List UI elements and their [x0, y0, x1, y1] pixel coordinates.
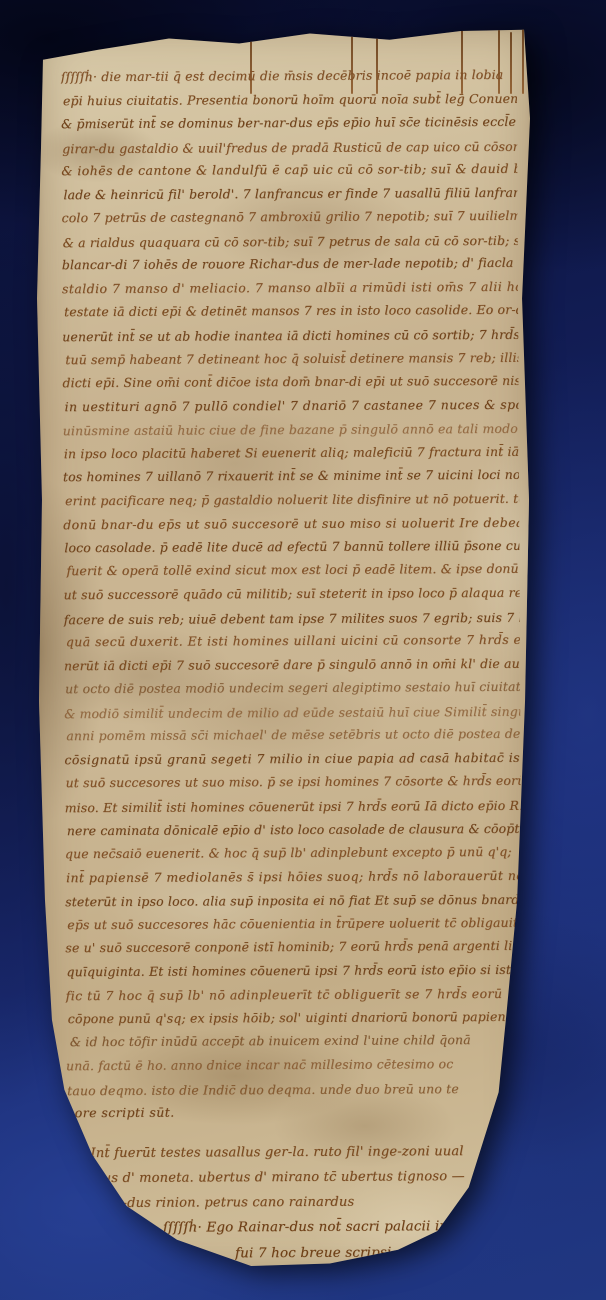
manuscript-line: quīquiginta. Et isti homines cōuenerū ip…	[66, 958, 521, 984]
manuscript-line: tuū semp̄ habeant 7 detineant hoc q̄ sol…	[65, 345, 518, 371]
manuscript-line: cōsignatū ipsū granū segeti 7 milio in c…	[64, 746, 520, 772]
manuscript-line: ſſſſſḣ· die mar-tii q̄ est decimū die m̄…	[61, 63, 517, 89]
manuscript-line: se u' suō succesorē conponē istī hominib…	[65, 934, 521, 960]
manuscript-line: ep̄i huius ciuitatis. Presentia bonorū h…	[63, 86, 517, 112]
parchment-wrapper: ſſſſſḣ· die mar-tii q̄ est decimū die m̄…	[36, 26, 534, 1276]
manuscript-line: steterūt in ipso loco. alia sup̄ inposit…	[65, 888, 521, 914]
manuscript-line: girar-du gastaldio & uuil'fredus de prad…	[62, 134, 517, 160]
notary-line: fui 7 hoc breue scripsi. w⁊	[235, 1239, 523, 1267]
manuscript-line: & p̄miserūt int̄ se dominus ber-nar-dus …	[61, 110, 517, 136]
manuscript-line: int̄ papiensē 7 mediolanēs s̄ ipsi hōies…	[66, 863, 521, 889]
parchment: ſſſſſḣ· die mar-tii q̄ est decimū die m̄…	[36, 26, 534, 1276]
witness-line: Int̄ fuerūt testes uasallus ger-la. ruto…	[90, 1138, 522, 1165]
manuscript-line: dicti ep̄i. Sine om̄i cont̄ dic̄oe ista …	[62, 369, 518, 395]
manuscript-line: lade & heinricū fil' berold'. 7 lanfranc…	[63, 181, 517, 207]
notary-line: ·/.	[303, 1265, 523, 1292]
manuscript-line: colo 7 petrūs de castegnanō 7 ambroxiū g…	[62, 204, 518, 230]
manuscript-line: fuerit & operā tollē exind sicut mox est…	[66, 557, 519, 583]
manuscript-line: miso. Et similit̄ isti homines cōuenerūt…	[65, 794, 521, 820]
manuscript-line: ut octo diē postea modiō undecim segeri …	[65, 675, 520, 701]
witness-list: Int̄ fuerūt testes uasallus ger-la. ruto…	[66, 1138, 522, 1215]
charter-text: ſſſſſḣ· die mar-tii q̄ est decimū die m̄…	[61, 63, 523, 1294]
manuscript-line: anni pomēm missā sc̄i michael' de mēse s…	[66, 722, 520, 748]
manuscript-line: staldio 7 manso d' meliacio. 7 manso alb…	[62, 275, 518, 301]
witness-line: Girar-dus rinion. petrus cano rainardus	[87, 1188, 523, 1215]
charter-body: ſſſſſḣ· die mar-tii q̄ est decimū die m̄…	[61, 63, 523, 1125]
manuscript-line: & a rialdus quaquara cū cō sor-tib; suī …	[63, 229, 518, 255]
manuscript-line: ut suō successorē quādo cū militib; suī …	[63, 581, 519, 607]
manuscript-line: tauo deqmo. isto die Indic̄ duo deqma. u…	[67, 1076, 522, 1102]
manuscript-line: que nec̄saiō euenerit. & hoc q̄ sup̄ lb'…	[65, 840, 521, 866]
manuscript-line: ut suō succesores ut suo miso. p̄ se ips…	[65, 769, 520, 795]
manuscript-line: testate iā dicti ep̄i & detinēt mansos 7…	[64, 298, 518, 324]
manuscript-line: fic tū 7 hoc q̄ sup̄ lb' nō adinpleuerīt…	[66, 982, 522, 1008]
manuscript-line: donū bnar-du ep̄s ut suō succesorē ut su…	[63, 511, 519, 537]
manuscript-line: erint pacificare neq; p̄ gastaldio nolue…	[65, 487, 519, 513]
notary-line: ſſſſſḣ· Ego Rainar-dus not̄ sacri palaci…	[163, 1213, 523, 1241]
manuscript-line: in uestituri agnō 7 pullō condiel' 7 dna…	[65, 392, 519, 418]
manuscript-line: tos homines 7 uillanō 7 rixauerit int̄ s…	[63, 463, 519, 489]
manuscript-line: nerūt iā dicti ep̄i 7 suō succesorē dare…	[64, 651, 520, 677]
manuscript-line: uenerūt int̄ se ut ab hodie inantea iā d…	[62, 323, 518, 349]
manuscript-line: & iohēs de cantone & landulfū ē cap̄ uic…	[61, 157, 517, 183]
photo-background: ſſſſſḣ· die mar-tii q̄ est decimū die m̄…	[0, 0, 606, 1300]
manuscript-line: unā. factū ē ho. anno dnice incar nac̄ m…	[66, 1052, 522, 1078]
manuscript-line: nere caminata dōnicalē ep̄io d' isto loc…	[67, 816, 521, 842]
manuscript-line: uinūsmine astaiū huic ciue de fine bazan…	[63, 417, 519, 443]
manuscript-line: in ipso loco placitū haberet Si euenerit…	[64, 440, 519, 466]
witness-line: terius d' moneta. ubertus d' mirano tc̄ …	[79, 1163, 523, 1190]
manuscript-line: blancar-di 7 iohēs de rouore Richar-dus …	[62, 251, 518, 277]
notary-subscription: ſſſſſḣ· Ego Rainar-dus not̄ sacri palaci…	[67, 1213, 523, 1293]
manuscript-line: cōpone punū q'sq; ex ipsis hōib; sol' ui…	[68, 1005, 522, 1031]
manuscript-line: ep̄s ut suō succesores hāc cōuenientia i…	[67, 910, 521, 936]
ascender-stroke	[522, 28, 524, 94]
manuscript-line: loco casolade. p̄ eadē lite ducē ad efec…	[64, 534, 519, 560]
manuscript-line: nore scripti sūt.	[66, 1099, 522, 1125]
manuscript-line: & id hoc tōfir inūdū accep̄t ab inuicem …	[70, 1028, 522, 1054]
manuscript-line: facere de suis reb; uiuē debent tam ipse…	[64, 605, 520, 631]
manuscript-line: quā secū duxerit. Et isti homines uillan…	[66, 628, 520, 654]
